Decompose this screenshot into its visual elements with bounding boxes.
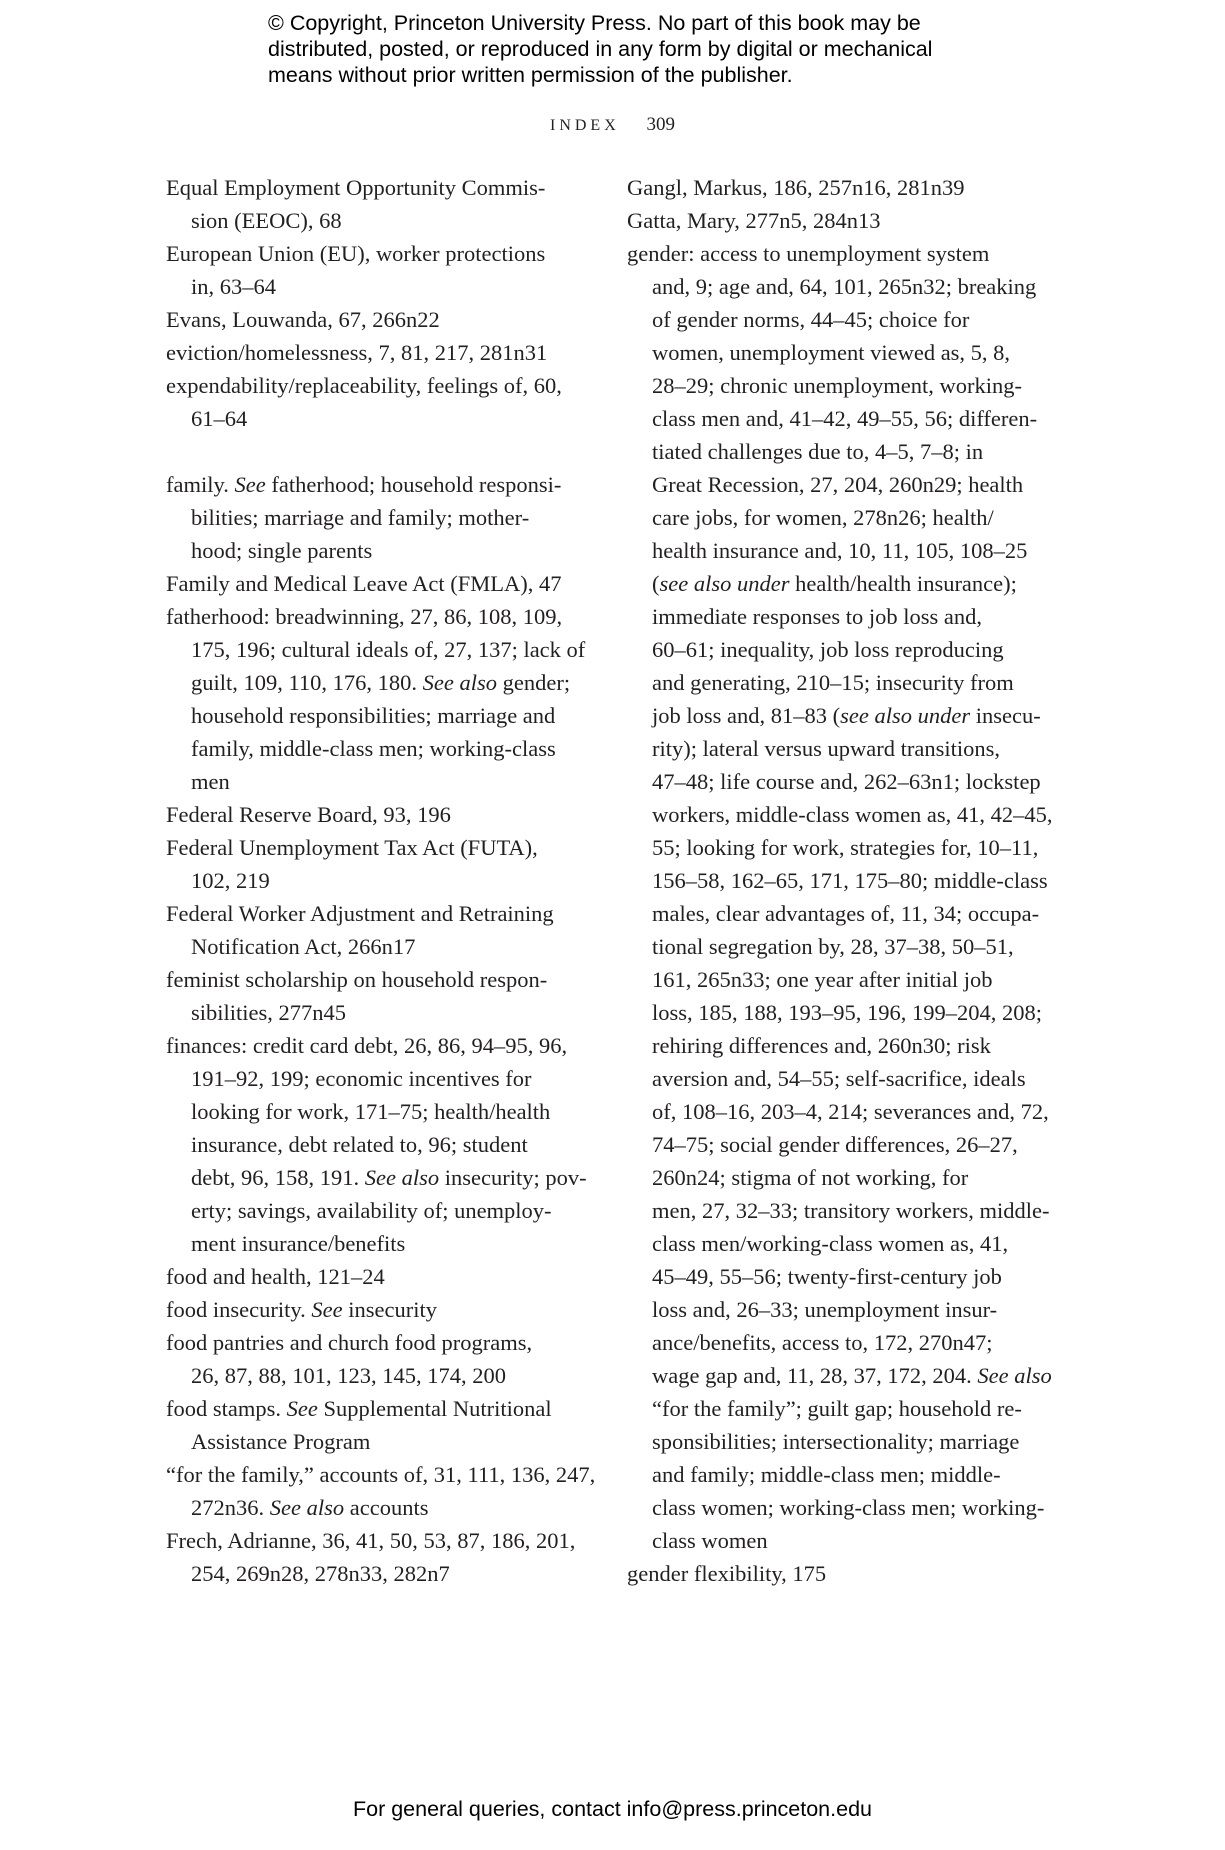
cross-reference-italic: See [235,472,266,497]
entry-continuation-line: rehiring differences and, 260n30; risk [627,1029,1047,1062]
entry-continuation-line: 47–48; life course and, 262–63n1; lockst… [627,765,1047,798]
entry-text: expendability/replaceability, feelings o… [166,373,562,398]
entry-text: household responsibilities; marriage and [191,703,555,728]
entry-heading-line: gender flexibility, 175 [627,1557,1047,1590]
entry-continuation-line: of, 108–16, 203–4, 214; severances and, … [627,1095,1047,1128]
running-head-label: INDEX [550,117,620,134]
entry-heading-line: family. See fatherhood; household respon… [166,468,586,501]
entry-text: gender; [497,670,570,695]
entry-text: 45–49, 55–56; twenty-first-century job [652,1264,1002,1289]
entry-text: 191–92, 199; economic incentives for [191,1066,532,1091]
entry-text: Great Recession, 27, 204, 260n29; health [652,472,1023,497]
entry-text: Federal Unemployment Tax Act (FUTA), [166,835,538,860]
entry-text: Notification Act, 266n17 [191,934,415,959]
entry-continuation-line: ment insurance/benefits [166,1227,586,1260]
entry-text: family, middle-class men; working-class [191,736,556,761]
entry-text: eviction/homelessness, 7, 81, 217, 281n3… [166,340,547,365]
entry-text: class women [652,1528,768,1553]
entry-text: sion (EEOC), 68 [191,208,342,233]
entry-text: 260n24; stigma of not working, for [652,1165,968,1190]
entry-text: food pantries and church food programs, [166,1330,532,1355]
entry-text: “for the family,” accounts of, 31, 111, … [166,1462,595,1487]
entry-continuation-line: 26, 87, 88, 101, 123, 145, 174, 200 [166,1359,586,1392]
entry-continuation-line: women, unemployment viewed as, 5, 8, [627,336,1047,369]
contact-footer: For general queries, contact info@press.… [0,1797,1225,1822]
entry-text: immediate responses to job loss and, [652,604,982,629]
entry-text: 272n36. [191,1495,270,1520]
entry-continuation-line: class men/working-class women as, 41, [627,1227,1047,1260]
entry-text: care jobs, for women, 278n26; health/ [652,505,994,530]
entry-text: women, unemployment viewed as, 5, 8, [652,340,1010,365]
entry-continuation-line: 260n24; stigma of not working, for [627,1161,1047,1194]
entry-text: accounts [344,1495,428,1520]
index-entry: Gangl, Markus, 186, 257n16, 281n39 [627,171,1047,204]
entry-text: loss, 185, 188, 193–95, 196, 199–204, 20… [652,1000,1042,1025]
cross-reference-italic: See [311,1297,342,1322]
index-entry: Gatta, Mary, 277n5, 284n13 [627,204,1047,237]
entry-continuation-line: job loss and, 81–83 (see also under inse… [627,699,1047,732]
cross-reference-italic: See also [365,1165,439,1190]
index-entry: food and health, 121–24 [166,1260,586,1293]
entry-continuation-line: 175, 196; cultural ideals of, 27, 137; l… [166,633,586,666]
entry-continuation-line: aversion and, 54–55; self-sacrifice, ide… [627,1062,1047,1095]
cross-reference-italic: see also under [840,703,970,728]
entry-text: of gender norms, 44–45; choice for [652,307,969,332]
entry-continuation-line: insurance, debt related to, 96; student [166,1128,586,1161]
entry-text: males, clear advantages of, 11, 34; occu… [652,901,1039,926]
entry-heading-line: Gatta, Mary, 277n5, 284n13 [627,204,1047,237]
entry-text: tiated challenges due to, 4–5, 7–8; in [652,439,983,464]
blank-line [166,435,586,468]
index-column-left: Equal Employment Opportunity Commis-sion… [166,171,586,1590]
entry-continuation-line: “for the family”; guilt gap; household r… [627,1392,1047,1425]
entry-heading-line: expendability/replaceability, feelings o… [166,369,586,402]
entry-text: in, 63–64 [191,274,276,299]
entry-continuation-line: rity); lateral versus upward transitions… [627,732,1047,765]
index-entry: Federal Worker Adjustment and Retraining… [166,897,586,963]
entry-text: hood; single parents [191,538,372,563]
entry-heading-line: Gangl, Markus, 186, 257n16, 281n39 [627,171,1047,204]
entry-continuation-line: 102, 219 [166,864,586,897]
entry-text: sponsibilities; intersectionality; marri… [652,1429,1019,1454]
entry-continuation-line: wage gap and, 11, 28, 37, 172, 204. See … [627,1359,1047,1392]
entry-text: fatherhood: breadwinning, 27, 86, 108, 1… [166,604,562,629]
entry-heading-line: Evans, Louwanda, 67, 266n22 [166,303,586,336]
entry-continuation-line: and generating, 210–15; insecurity from [627,666,1047,699]
index-entry: finances: credit card debt, 26, 86, 94–9… [166,1029,586,1260]
entry-text: ance/benefits, access to, 172, 270n47; [652,1330,993,1355]
entry-continuation-line: 28–29; chronic unemployment, working- [627,369,1047,402]
entry-continuation-line: Assistance Program [166,1425,586,1458]
entry-text: 60–61; inequality, job loss reproducing [652,637,1004,662]
entry-text: and generating, 210–15; insecurity from [652,670,1014,695]
entry-text: and, 9; age and, 64, 101, 265n32; breaki… [652,274,1036,299]
entry-continuation-line: household responsibilities; marriage and [166,699,586,732]
entry-text: workers, middle-class women as, 41, 42–4… [652,802,1053,827]
entry-text: debt, 96, 158, 191. [191,1165,365,1190]
entry-heading-line: Federal Unemployment Tax Act (FUTA), [166,831,586,864]
entry-text: food insecurity. [166,1297,311,1322]
cross-reference-italic: See also [977,1363,1051,1388]
entry-text: loss and, 26–33; unemployment insur- [652,1297,997,1322]
entry-text: 26, 87, 88, 101, 123, 145, 174, 200 [191,1363,506,1388]
entry-text: Federal Reserve Board, 93, 196 [166,802,451,827]
entry-heading-line: eviction/homelessness, 7, 81, 217, 281n3… [166,336,586,369]
entry-text: gender flexibility, 175 [627,1561,826,1586]
index-entry: Frech, Adrianne, 36, 41, 50, 53, 87, 186… [166,1524,586,1590]
entry-continuation-line: class men and, 41–42, 49–55, 56; differe… [627,402,1047,435]
entry-continuation-line: family, middle-class men; working-class [166,732,586,765]
page-number: 309 [647,114,676,135]
entry-continuation-line: workers, middle-class women as, 41, 42–4… [627,798,1047,831]
entry-text: sibilities, 277n45 [191,1000,346,1025]
entry-text: looking for work, 171–75; health/health [191,1099,550,1124]
entry-continuation-line: 161, 265n33; one year after initial job [627,963,1047,996]
entry-continuation-line: loss and, 26–33; unemployment insur- [627,1293,1047,1326]
entry-continuation-line: Great Recession, 27, 204, 260n29; health [627,468,1047,501]
entry-heading-line: food and health, 121–24 [166,1260,586,1293]
entry-text: ment insurance/benefits [191,1231,405,1256]
entry-text: 28–29; chronic unemployment, working- [652,373,1022,398]
entry-heading-line: Family and Medical Leave Act (FMLA), 47 [166,567,586,600]
entry-heading-line: food pantries and church food programs, [166,1326,586,1359]
entry-continuation-line: Notification Act, 266n17 [166,930,586,963]
entry-heading-line: gender: access to unemployment system [627,237,1047,270]
entry-text: ( [652,571,660,596]
entry-text: food and health, 121–24 [166,1264,385,1289]
index-entry: food stamps. See Supplemental Nutritiona… [166,1392,586,1458]
entry-continuation-line: (see also under health/health insurance)… [627,567,1047,600]
entry-continuation-line: in, 63–64 [166,270,586,303]
index-entry: European Union (EU), worker protectionsi… [166,237,586,303]
cross-reference-italic: see also under [660,571,790,596]
entry-text: class women; working-class men; working- [652,1495,1044,1520]
entry-text: 175, 196; cultural ideals of, 27, 137; l… [191,637,585,662]
copyright-line: distributed, posted, or reproduced in an… [268,36,1028,62]
entry-text: Federal Worker Adjustment and Retraining [166,901,554,926]
entry-text: rehiring differences and, 260n30; risk [652,1033,991,1058]
entry-heading-line: “for the family,” accounts of, 31, 111, … [166,1458,586,1491]
entry-heading-line: fatherhood: breadwinning, 27, 86, 108, 1… [166,600,586,633]
index-column-right: Gangl, Markus, 186, 257n16, 281n39Gatta,… [627,171,1047,1590]
cross-reference-italic: See also [270,1495,344,1520]
entry-continuation-line: 74–75; social gender differences, 26–27, [627,1128,1047,1161]
entry-continuation-line: and, 9; age and, 64, 101, 265n32; breaki… [627,270,1047,303]
index-entry: feminist scholarship on household respon… [166,963,586,1029]
entry-text: guilt, 109, 110, 176, 180. [191,670,423,695]
entry-text: 254, 269n28, 278n33, 282n7 [191,1561,450,1586]
entry-heading-line: finances: credit card debt, 26, 86, 94–9… [166,1029,586,1062]
entry-text: 55; looking for work, strategies for, 10… [652,835,1038,860]
entry-text: 156–58, 162–65, 171, 175–80; middle-clas… [652,868,1048,893]
cross-reference-italic: See also [423,670,497,695]
index-entry: gender flexibility, 175 [627,1557,1047,1590]
entry-text: of, 108–16, 203–4, 214; severances and, … [652,1099,1049,1124]
entry-continuation-line: 156–58, 162–65, 171, 175–80; middle-clas… [627,864,1047,897]
entry-continuation-line: hood; single parents [166,534,586,567]
entry-text: Supplemental Nutritional [318,1396,552,1421]
entry-text: rity); lateral versus upward transitions… [652,736,1000,761]
entry-spacer [166,435,586,468]
entry-text: 47–48; life course and, 262–63n1; lockst… [652,769,1041,794]
entry-text: Equal Employment Opportunity Commis- [166,175,545,200]
entry-continuation-line: 191–92, 199; economic incentives for [166,1062,586,1095]
entry-heading-line: Federal Reserve Board, 93, 196 [166,798,586,831]
entry-continuation-line: bilities; marriage and family; mother- [166,501,586,534]
entry-text: erty; savings, availability of; unemploy… [191,1198,552,1223]
entry-continuation-line: class women [627,1524,1047,1557]
entry-text: insecurity [343,1297,437,1322]
index-entry: family. See fatherhood; household respon… [166,468,586,567]
entry-text: aversion and, 54–55; self-sacrifice, ide… [652,1066,1026,1091]
entry-text: tional segregation by, 28, 37–38, 50–51, [652,934,1014,959]
entry-continuation-line: 254, 269n28, 278n33, 282n7 [166,1557,586,1590]
index-entry: Federal Reserve Board, 93, 196 [166,798,586,831]
entry-text: class men/working-class women as, 41, [652,1231,1008,1256]
entry-text: wage gap and, 11, 28, 37, 172, 204. [652,1363,977,1388]
entry-continuation-line: guilt, 109, 110, 176, 180. See also gend… [166,666,586,699]
entry-text: Frech, Adrianne, 36, 41, 50, 53, 87, 186… [166,1528,575,1553]
entry-text: and family; middle-class men; middle- [652,1462,1001,1487]
running-head: INDEX 309 [0,114,1225,136]
entry-text: 161, 265n33; one year after initial job [652,967,993,992]
entry-continuation-line: 61–64 [166,402,586,435]
entry-text: men, 27, 32–33; transitory workers, midd… [652,1198,1049,1223]
entry-continuation-line: class women; working-class men; working- [627,1491,1047,1524]
entry-text: Gatta, Mary, 277n5, 284n13 [627,208,881,233]
index-entry: eviction/homelessness, 7, 81, 217, 281n3… [166,336,586,369]
entry-text: health/health insurance); [789,571,1016,596]
entry-continuation-line: 272n36. See also accounts [166,1491,586,1524]
entry-continuation-line: immediate responses to job loss and, [627,600,1047,633]
entry-text: bilities; marriage and family; mother- [191,505,529,530]
entry-text: class men and, 41–42, 49–55, 56; differe… [652,406,1037,431]
entry-continuation-line: erty; savings, availability of; unemploy… [166,1194,586,1227]
entry-text: finances: credit card debt, 26, 86, 94–9… [166,1033,567,1058]
entry-continuation-line: and family; middle-class men; middle- [627,1458,1047,1491]
copyright-line: means without prior written permission o… [268,62,1028,88]
entry-text: Family and Medical Leave Act (FMLA), 47 [166,571,562,596]
entry-text: men [191,769,230,794]
entry-continuation-line: 55; looking for work, strategies for, 10… [627,831,1047,864]
entry-text: insurance, debt related to, 96; student [191,1132,528,1157]
index-entry: Federal Unemployment Tax Act (FUTA),102,… [166,831,586,897]
entry-text: 102, 219 [191,868,270,893]
entry-continuation-line: loss, 185, 188, 193–95, 196, 199–204, 20… [627,996,1047,1029]
copyright-line: © Copyright, Princeton University Press.… [268,10,1028,36]
entry-continuation-line: of gender norms, 44–45; choice for [627,303,1047,336]
entry-continuation-line: males, clear advantages of, 11, 34; occu… [627,897,1047,930]
index-entry: Family and Medical Leave Act (FMLA), 47 [166,567,586,600]
copyright-notice: © Copyright, Princeton University Press.… [268,10,1028,88]
entry-text: insecurity; pov- [439,1165,586,1190]
entry-continuation-line: sponsibilities; intersectionality; marri… [627,1425,1047,1458]
index-entry: food insecurity. See insecurity [166,1293,586,1326]
entry-heading-line: food insecurity. See insecurity [166,1293,586,1326]
entry-heading-line: Federal Worker Adjustment and Retraining [166,897,586,930]
entry-continuation-line: sibilities, 277n45 [166,996,586,1029]
index-entry: fatherhood: breadwinning, 27, 86, 108, 1… [166,600,586,798]
entry-continuation-line: men [166,765,586,798]
entry-text: family. [166,472,235,497]
entry-continuation-line: 60–61; inequality, job loss reproducing [627,633,1047,666]
entry-heading-line: Frech, Adrianne, 36, 41, 50, 53, 87, 186… [166,1524,586,1557]
entry-text: European Union (EU), worker protections [166,241,545,266]
entry-text: feminist scholarship on household respon… [166,967,547,992]
entry-text: Evans, Louwanda, 67, 266n22 [166,307,440,332]
entry-heading-line: European Union (EU), worker protections [166,237,586,270]
index-entry: expendability/replaceability, feelings o… [166,369,586,435]
entry-continuation-line: men, 27, 32–33; transitory workers, midd… [627,1194,1047,1227]
entry-text: health insurance and, 10, 11, 105, 108–2… [652,538,1027,563]
entry-continuation-line: ance/benefits, access to, 172, 270n47; [627,1326,1047,1359]
entry-text: gender: access to unemployment system [627,241,989,266]
entry-text: food stamps. [166,1396,287,1421]
entry-continuation-line: debt, 96, 158, 191. See also insecurity;… [166,1161,586,1194]
entry-heading-line: feminist scholarship on household respon… [166,963,586,996]
entry-continuation-line: looking for work, 171–75; health/health [166,1095,586,1128]
index-entry: Equal Employment Opportunity Commis-sion… [166,171,586,237]
entry-text: fatherhood; household responsi- [266,472,562,497]
entry-continuation-line: sion (EEOC), 68 [166,204,586,237]
entry-text: insecu- [970,703,1041,728]
index-entry: Evans, Louwanda, 67, 266n22 [166,303,586,336]
entry-continuation-line: tional segregation by, 28, 37–38, 50–51, [627,930,1047,963]
entry-text: “for the family”; guilt gap; household r… [652,1396,1022,1421]
index-entry: food pantries and church food programs,2… [166,1326,586,1392]
index-entry: “for the family,” accounts of, 31, 111, … [166,1458,586,1524]
entry-text: Gangl, Markus, 186, 257n16, 281n39 [627,175,964,200]
entry-text: 74–75; social gender differences, 26–27, [652,1132,1018,1157]
cross-reference-italic: See [287,1396,318,1421]
entry-text: 61–64 [191,406,247,431]
entry-continuation-line: care jobs, for women, 278n26; health/ [627,501,1047,534]
entry-heading-line: food stamps. See Supplemental Nutritiona… [166,1392,586,1425]
entry-continuation-line: health insurance and, 10, 11, 105, 108–2… [627,534,1047,567]
entry-heading-line: Equal Employment Opportunity Commis- [166,171,586,204]
entry-continuation-line: 45–49, 55–56; twenty-first-century job [627,1260,1047,1293]
index-entry: gender: access to unemployment systemand… [627,237,1047,1557]
entry-text: job loss and, 81–83 ( [652,703,840,728]
entry-continuation-line: tiated challenges due to, 4–5, 7–8; in [627,435,1047,468]
entry-text: Assistance Program [191,1429,370,1454]
